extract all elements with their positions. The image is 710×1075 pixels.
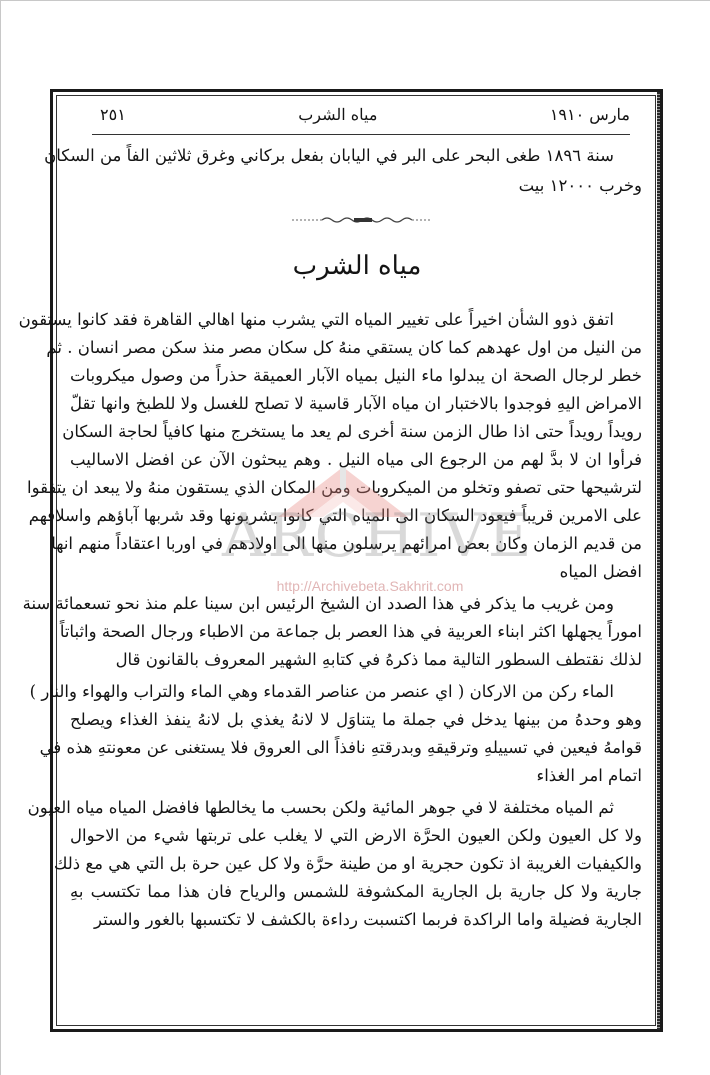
viewer-left-edge [0,0,1,1075]
preceding-text-line: سنة ١٨٩٦ طغى البحر على البر في اليابان ب… [70,142,614,170]
article-line: لذلك نقتطف السطور التالية مما ذكرهُ في ك… [70,646,642,674]
article-line: جارية ولا كل جارية بل الجارية المكشوفة ل… [70,878,642,906]
page-number: ٢٥١ [100,107,126,123]
article-line: ومن غريب ما يذكر في هذا الصدد ان الشيخ ا… [70,590,614,618]
article-line: ولا كل العيون ولكن العيون الحرَّة الارض … [70,822,642,850]
section-divider-ornament [292,216,432,224]
article-line: وهو وحدهُ من بينها يدخل في جملة ما يتناو… [70,706,642,734]
viewer-top-edge [0,0,710,1]
article-line: الجارية فضيلة واما الراكدة فربما اكتسبت … [70,906,642,934]
watermark-archive-text: ARCHIVE [222,506,512,566]
article-line: ثم المياه مختلفة لا في جوهر المائية ولكن… [70,794,614,822]
section-title: مياه الشرب [298,107,377,123]
article-line: خطر لرجال الصحة ان يبدلوا ماء النيل بميا… [70,362,642,390]
watermark-url: http://Archivebeta.Sakhrit.com [230,578,510,594]
article-line: من النيل من اول عهدهم كما كان يستقي منهُ… [70,334,642,362]
issue-date: مارس ١٩١٠ [550,107,630,123]
article-line: قوامهُ فيعين في تسييلهِ وترقيقهِ وبدرقته… [70,734,642,762]
article-line: الامراض اليهِ فوجدوا بالاختبار ان مياه ا… [70,390,642,418]
preceding-text-line: وخرب ١٢٠٠٠ بيت [70,172,642,200]
article-line: اموراً يجهلها اكثر ابناء العربية في هذا … [70,618,642,646]
running-head-rule [92,134,630,135]
article-line: الماء ركن من الاركان ( اي عنصر من عناصر … [70,678,614,706]
article-line: رويداً رويداً حتى اذا طال الزمن سنة أخرى… [70,418,642,446]
article-line: اتمام امر الغذاء [70,762,642,790]
running-head: مارس ١٩١٠ مياه الشرب ٢٥١ [62,96,652,134]
article-title: مياه الشرب [62,246,652,286]
page-frame-right-ornament [657,92,660,1030]
article-line: والكيفيات الغريبة اذ تكون حجرية او من طي… [70,850,642,878]
article-line: اتفق ذوو الشأن اخيراً على تغيير المياه ا… [70,306,614,334]
